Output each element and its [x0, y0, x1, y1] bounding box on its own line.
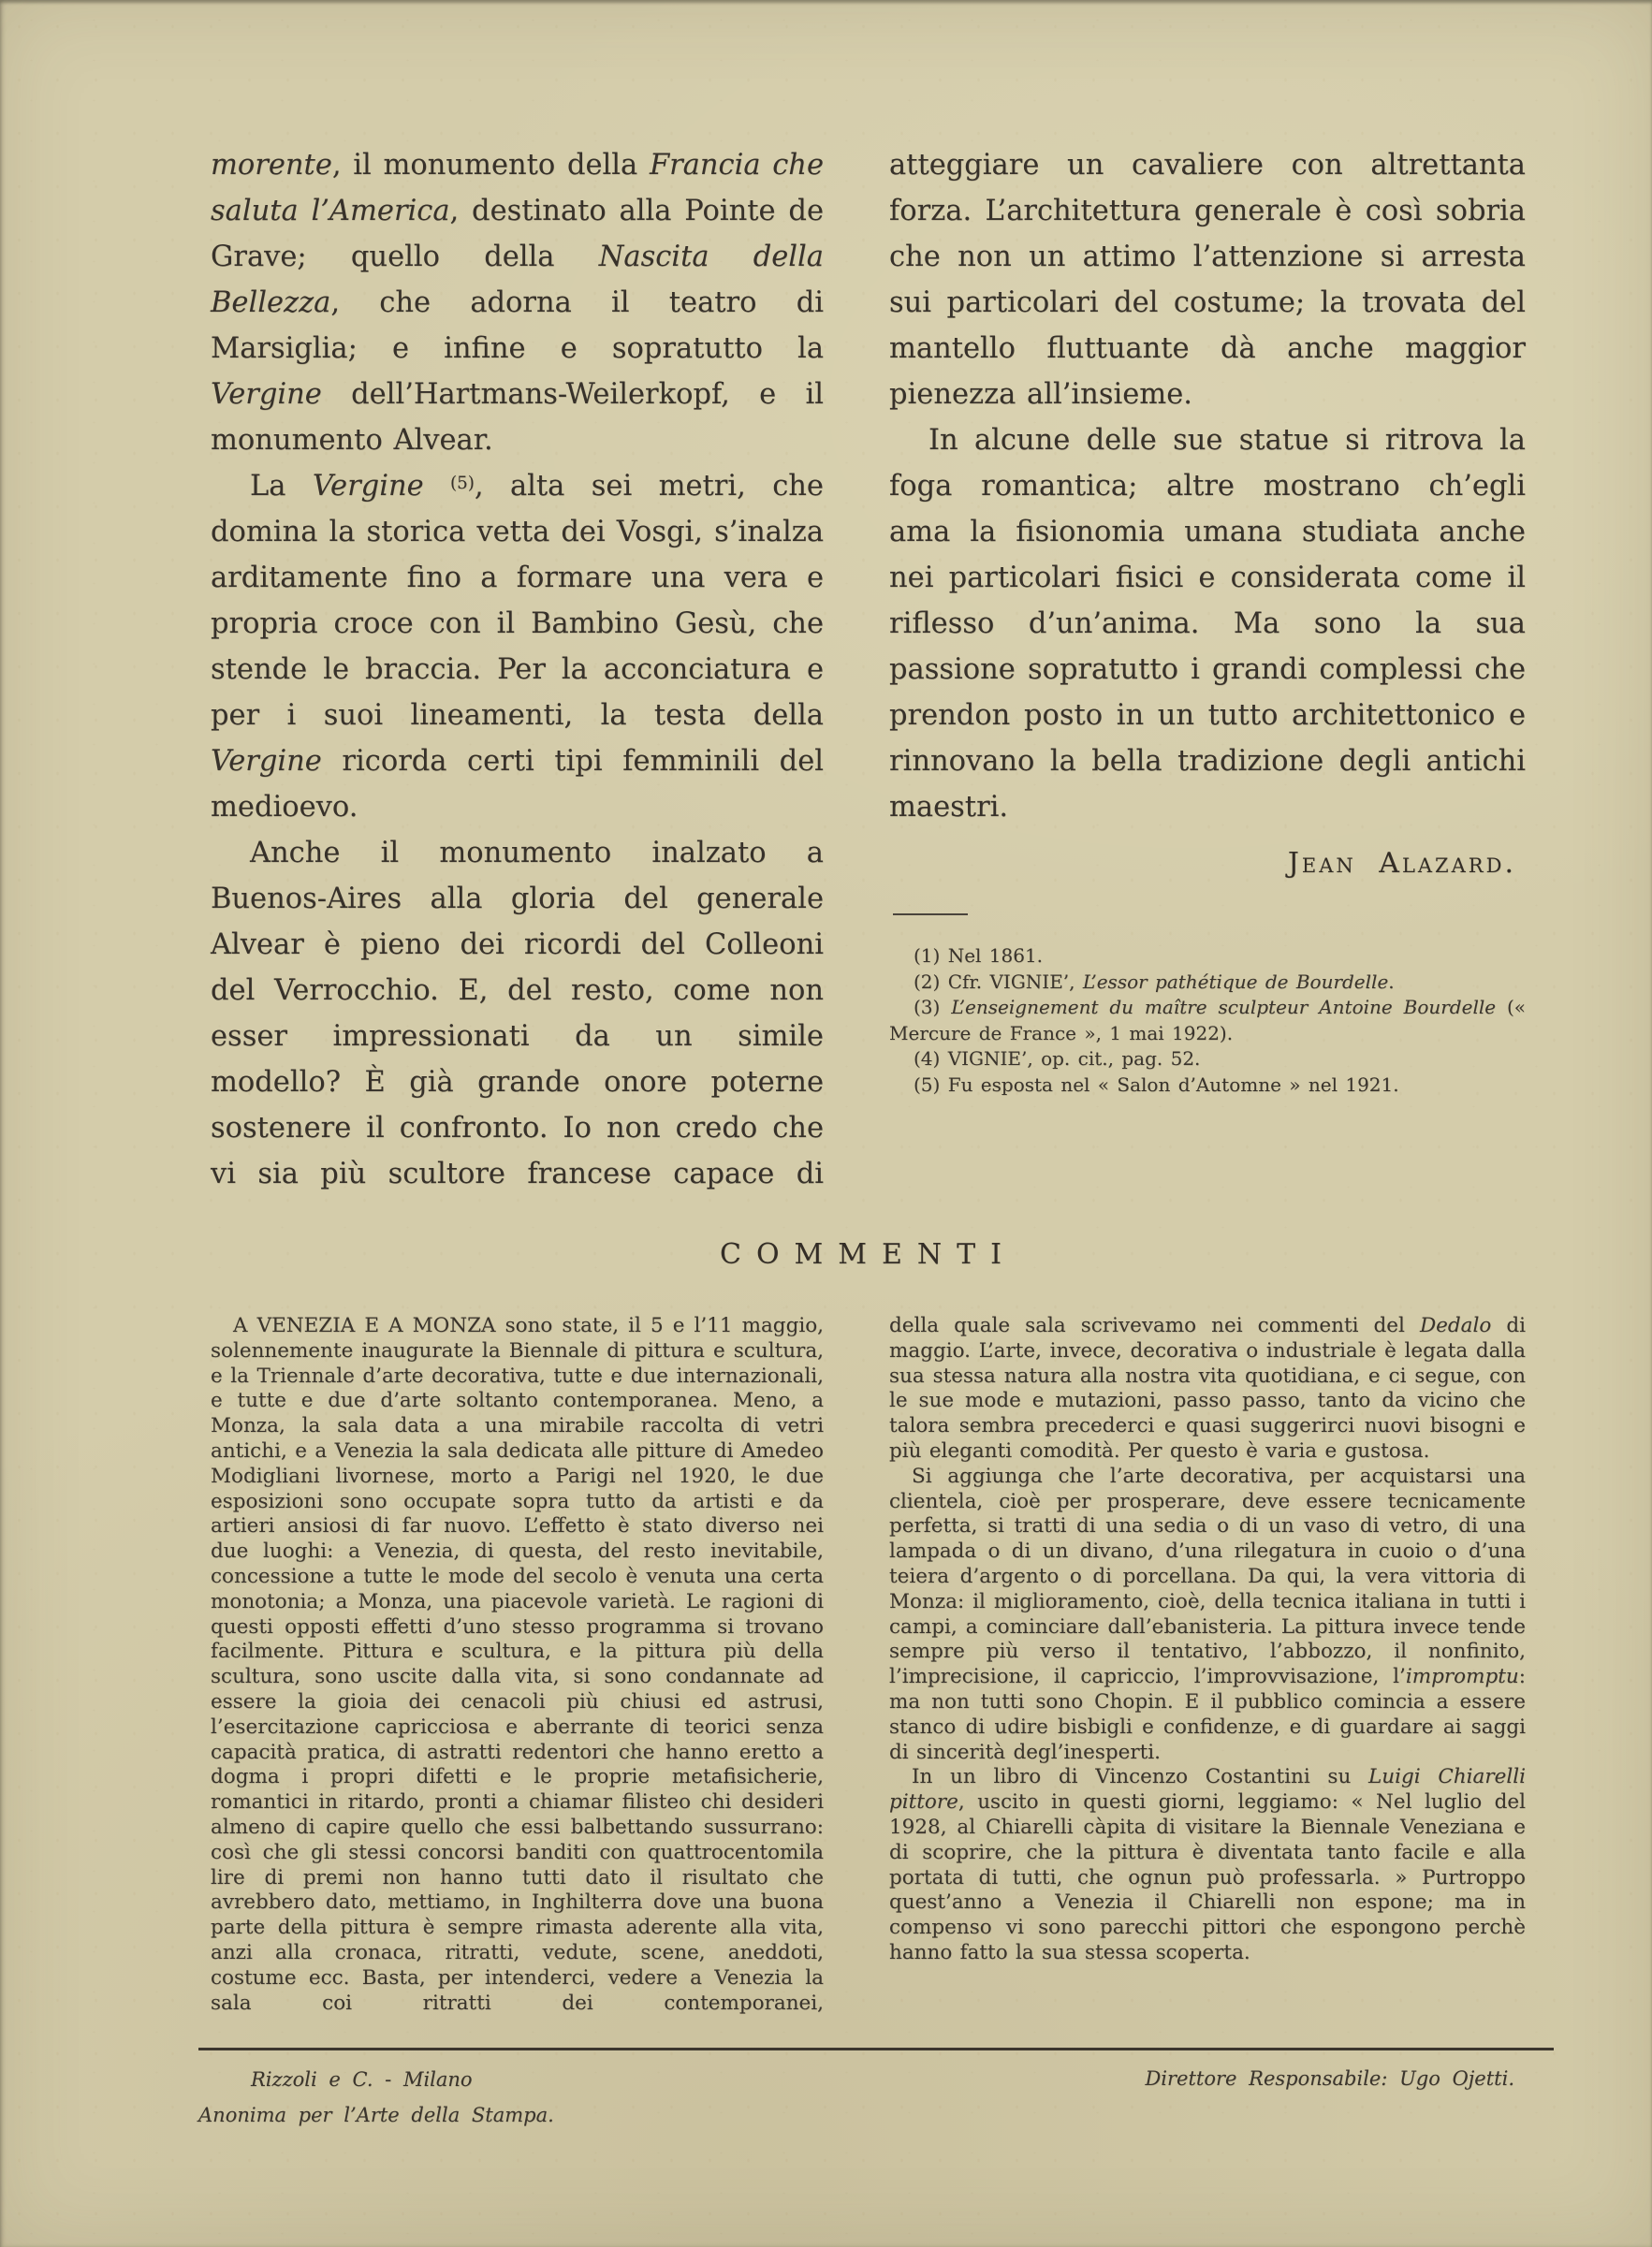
- colophon: Rizzoli e C. - Milano Anonima per l’Arte…: [198, 2048, 1554, 2133]
- footnote: (2) Cfr. VIGNIE’, L’essor pathétique de …: [889, 970, 1526, 996]
- paragraph: Si aggiunga che l’arte decorativa, per a…: [889, 1465, 1526, 1766]
- commenti-right-column: della quale sala scrivevamo nei commenti…: [889, 1314, 1526, 2016]
- article-left-column: morente, il monumento della Francia che …: [211, 142, 824, 1197]
- article-right-column: atteggiare un cavaliere con altrettanta …: [889, 142, 1526, 1197]
- footnote: (5) Fu esposta nel « Salon d’Automne » n…: [889, 1072, 1526, 1099]
- footnotes-block: (1) Nel 1861. (2) Cfr. VIGNIE’, L’essor …: [889, 943, 1526, 1098]
- publisher-line-2: Anonima per l’Arte della Stampa.: [198, 2097, 554, 2133]
- commenti-left-column: A VENEZIA E A MONZA sono state, il 5 e l…: [211, 1314, 824, 2016]
- author-signature: Jean Alazard.: [889, 847, 1516, 880]
- paragraph: A VENEZIA E A MONZA sono state, il 5 e l…: [211, 1314, 824, 2016]
- publisher-credit: Rizzoli e C. - Milano Anonima per l’Arte…: [198, 2062, 554, 2133]
- paragraph: In alcune delle sue statue si ritrova la…: [889, 417, 1526, 830]
- paragraph: morente, il monumento della Francia che …: [211, 142, 824, 463]
- paragraph: Anche il monumento inalzato a Buenos-Air…: [211, 830, 824, 1197]
- paragraph: In un libro di Vincenzo Costantini su Lu…: [889, 1765, 1526, 1965]
- footnote: (3) L’enseignement du maître sculpteur A…: [889, 995, 1526, 1046]
- paragraph: della quale sala scrivevamo nei commenti…: [889, 1314, 1526, 1465]
- footnote-separator-rule: [893, 913, 968, 915]
- footnote: (4) VIGNIE’, op. cit., pag. 52.: [889, 1046, 1526, 1072]
- paragraph: atteggiare un cavaliere con altrettanta …: [889, 142, 1526, 417]
- article-body: morente, il monumento della Francia che …: [0, 0, 1652, 1197]
- paragraph: La Vergine (5), alta sei metri, che domi…: [211, 463, 824, 830]
- footnote: (1) Nel 1861.: [889, 943, 1526, 970]
- section-title-commenti: COMMENTI: [211, 1238, 1526, 1271]
- magazine-page: morente, il monumento della Francia che …: [0, 0, 1652, 2247]
- commenti-section: A VENEZIA E A MONZA sono state, il 5 e l…: [0, 1314, 1652, 2016]
- publisher-line-1: Rizzoli e C. - Milano: [198, 2062, 554, 2097]
- director-credit: Direttore Responsabile: Ugo Ojetti.: [1145, 2067, 1514, 2090]
